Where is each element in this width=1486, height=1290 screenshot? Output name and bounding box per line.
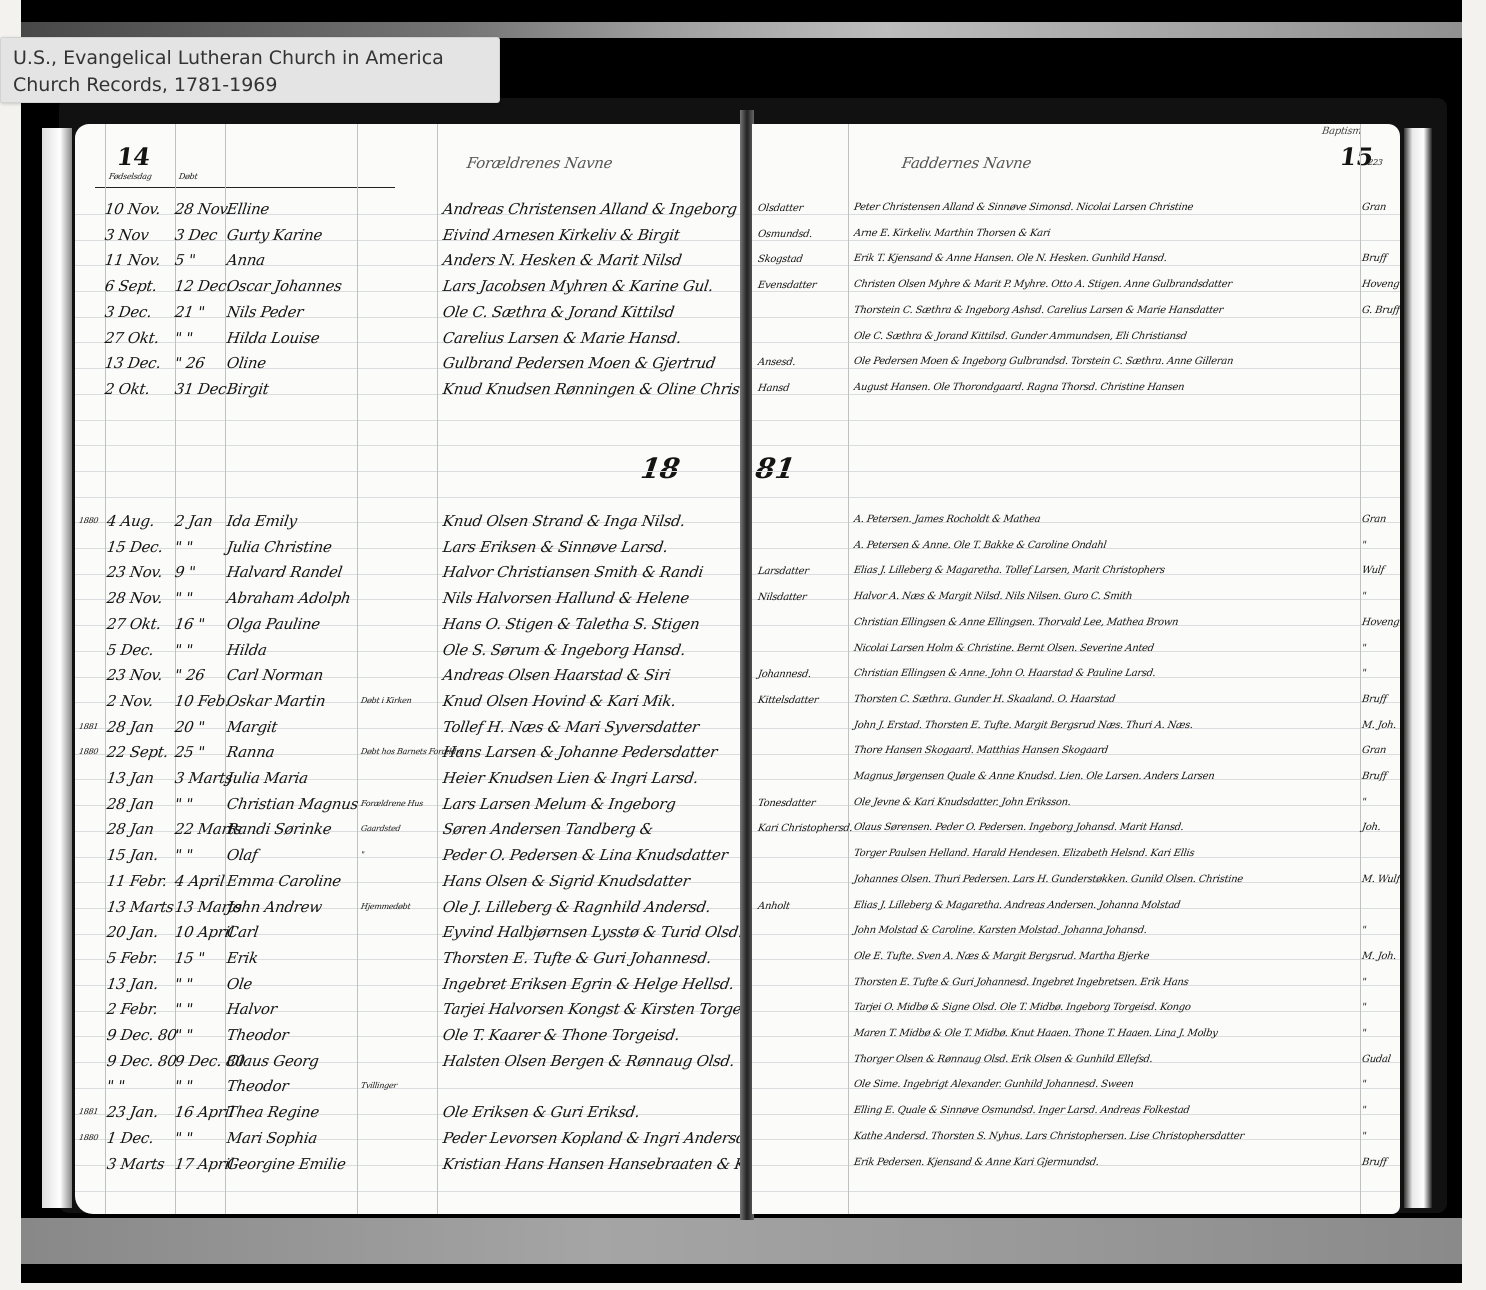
entry-sponsors: Elling E. Quale & Sinnøve Osmundsd. Inge…: [853, 1105, 1190, 1116]
entry-baptism-date: " 26: [174, 666, 206, 684]
entry-year: 1881: [78, 722, 98, 731]
entry-pastor: Gran: [1361, 745, 1387, 756]
entry-year: 1880: [78, 1133, 98, 1142]
entry-pastor: ": [1361, 797, 1367, 808]
entry-child-name: Margit: [226, 718, 279, 736]
entry-child-name: Georgine Emilie: [226, 1155, 347, 1173]
entry-child-name: Gurty Karine: [226, 226, 324, 244]
entry-born-date: 4 Aug.: [106, 512, 156, 530]
entry-residence: Kari Christophersd.: [757, 823, 853, 834]
ruled-line: [752, 394, 1400, 395]
entry-child-name: Christian Magnus: [226, 795, 360, 813]
entry-sponsors: A. Petersen & Anne. Ole T. Bakke & Carol…: [853, 540, 1107, 551]
ruled-line: [752, 420, 1400, 421]
entry-parents: Lars Jacobsen Myhren & Karine Gul.: [442, 277, 715, 295]
entry-residence: Ansesd.: [757, 357, 796, 368]
column-divider: [357, 124, 358, 1214]
entry-born-date: 23 Nov.: [106, 563, 164, 581]
entry-pastor: M. Joh.: [1361, 951, 1397, 962]
entry-note: Tvillinger: [360, 1081, 397, 1090]
entry-child-name: Theodor: [226, 1026, 290, 1044]
entry-parents: Nils Halvorsen Hallund & Helene: [442, 589, 691, 607]
entry-sponsors: Olaus Sørensen. Peder O. Pedersen. Ingeb…: [853, 822, 1184, 833]
ruled-line: [752, 497, 1400, 498]
entry-child-name: Julia Maria: [226, 769, 309, 787]
entry-parents: Gulbrand Pedersen Moen & Gjertrud: [442, 354, 717, 372]
entry-baptism-date: 3 Dec: [174, 226, 219, 244]
col-header-sponsors: Faddernes Navne: [901, 154, 1033, 172]
entry-child-name: Olaus Georg: [226, 1052, 320, 1070]
entry-baptism-date: " ": [174, 538, 194, 556]
collection-title-line-1: U.S., Evangelical Lutheran Church in Ame…: [13, 45, 487, 72]
entry-residence: Olsdatter: [757, 203, 803, 214]
ruled-line: [752, 317, 1400, 318]
entry-baptism-date: 21 ": [174, 303, 206, 321]
ruled-line: [752, 805, 1400, 806]
entry-parents: Søren Andersen Tandberg &: [442, 820, 654, 838]
entry-baptism-date: " ": [174, 641, 194, 659]
entry-parents: Lars Eriksen & Sinnøve Larsd.: [442, 538, 669, 556]
entry-residence: Nilsdatter: [757, 592, 807, 603]
entry-parents: Thorsten E. Tufte & Guri Johannesd.: [442, 949, 713, 967]
column-divider: [848, 124, 849, 1214]
entry-child-name: Ranna: [226, 743, 276, 761]
ruled-line: [752, 471, 1400, 472]
entry-born-date: " ": [106, 1077, 126, 1095]
entry-born-date: 15 Jan.: [106, 846, 160, 864]
scan-edge-top: [21, 22, 1462, 38]
entry-sponsors: Thorstein C. Sæthra & Ingeborg Ashsd. Ca…: [853, 305, 1224, 316]
entry-parents: Carelius Larsen & Marie Hansd.: [442, 329, 683, 347]
entry-pastor: Joh.: [1361, 822, 1381, 833]
entry-pastor: Gran: [1361, 202, 1387, 213]
entry-baptism-date: " ": [174, 1026, 194, 1044]
ruled-line: [752, 291, 1400, 292]
entry-child-name: Carl Norman: [226, 666, 325, 684]
right-page-margin: [1404, 128, 1432, 1208]
entry-residence: Tonesdatter: [757, 798, 816, 809]
entry-sponsors: Peter Christensen Alland & Sinnøve Simon…: [853, 202, 1194, 213]
entry-pastor: M. Wulf: [1361, 874, 1400, 885]
left-page-margin: [42, 128, 72, 1208]
entry-residence: Larsdatter: [757, 566, 809, 577]
entry-born-date: 6 Sept.: [104, 277, 158, 295]
entry-baptism-date: " ": [174, 795, 194, 813]
ruled-line: [752, 1191, 1400, 1192]
entry-child-name: Julia Christine: [226, 538, 333, 556]
entry-sponsors: Torger Paulsen Helland. Harald Hendesen.…: [853, 848, 1195, 859]
register-right-page: Baptism 15 223 Faddernes Navne 81 Olsdat…: [752, 124, 1400, 1214]
entry-pastor: Gudal: [1361, 1054, 1391, 1065]
entry-sponsors: John Molstad & Caroline. Karsten Molstad…: [853, 925, 1147, 936]
entry-baptism-date: " 26: [174, 354, 206, 372]
entry-parents: Eivind Arnesen Kirkeliv & Birgit: [442, 226, 681, 244]
entry-note: Hjemmedøbt: [360, 902, 411, 911]
entry-parents: Anders N. Hesken & Marit Nilsd: [442, 251, 683, 269]
page-note: Baptism: [1321, 126, 1362, 137]
entry-note: Døbt i Kirken: [360, 696, 412, 705]
entry-baptism-date: " ": [174, 1000, 194, 1018]
entry-child-name: Ida Emily: [226, 512, 298, 530]
entry-residence: Anholt: [757, 901, 790, 912]
col-header-baptized: Døbt: [178, 172, 198, 181]
page-note-sub: 223: [1367, 158, 1383, 167]
entry-born-date: 10 Nov.: [104, 200, 162, 218]
entry-sponsors: Ole C. Sæthra & Jorand Kittilsd. Gunder …: [853, 331, 1187, 342]
entry-sponsors: Erik Pedersen. Kjensand & Anne Kari Gjer…: [853, 1157, 1099, 1168]
entry-sponsors: Maren T. Midbø & Ole T. Midbø. Knut Haae…: [853, 1028, 1218, 1039]
entry-parents: Heier Knudsen Lien & Ingri Larsd.: [442, 769, 700, 787]
collection-title-tooltip: U.S., Evangelical Lutheran Church in Ame…: [0, 37, 500, 103]
entry-pastor: ": [1361, 1028, 1367, 1039]
entry-child-name: Hilda: [226, 641, 268, 659]
ruled-line: [752, 445, 1400, 446]
entry-pastor: Bruff: [1361, 253, 1387, 264]
ruled-line: [752, 522, 1400, 523]
entry-baptism-date: 20 ": [174, 718, 206, 736]
col-header-born: Fødselsdag: [108, 172, 152, 181]
entry-parents: Lars Larsen Melum & Ingeborg: [442, 795, 677, 813]
scan-edge-bottom: [21, 1218, 1462, 1264]
entry-sponsors: Christen Olsen Myhre & Marit P. Myhre. O…: [853, 279, 1232, 290]
entry-born-date: 3 Nov: [104, 226, 150, 244]
entry-parents: Andreas Olsen Haarstad & Siri: [442, 666, 672, 684]
entry-parents: Halvor Christiansen Smith & Randi: [442, 563, 705, 581]
entry-pastor: Bruff: [1361, 1157, 1387, 1168]
ruled-line: [752, 342, 1400, 343]
entry-born-date: 11 Febr.: [106, 872, 168, 890]
entry-parents: Kristian Hans Hansen Hansebraaten & Kari: [442, 1155, 743, 1173]
entry-born-date: 23 Nov.: [106, 666, 164, 684]
entry-born-date: 28 Jan: [106, 718, 155, 736]
entry-sponsors: Arne E. Kirkeliv. Marthin Thorsen & Kari: [853, 228, 1051, 239]
entry-parents: Ole Eriksen & Guri Eriksd.: [442, 1103, 641, 1121]
entry-baptism-date: " ": [174, 329, 194, 347]
entry-child-name: Erik: [226, 949, 259, 967]
entry-baptism-date: 16 ": [174, 615, 206, 633]
entry-baptism-date: 4 April: [174, 872, 226, 890]
entry-pastor: Hoveng: [1361, 617, 1400, 628]
entry-baptism-date: 9 ": [174, 563, 197, 581]
entry-year: 1881: [78, 1107, 98, 1116]
entry-parents: Hans Larsen & Johanne Pedersdatter: [442, 743, 719, 761]
entry-born-date: 13 Jan.: [106, 975, 160, 993]
entry-pastor: Bruff: [1361, 694, 1387, 705]
entry-parents: Halsten Olsen Bergen & Rønnaug Olsd.: [442, 1052, 736, 1070]
entry-sponsors: Thorsten E. Tufte & Guri Johannesd. Inge…: [853, 977, 1189, 988]
entry-parents: Eyvind Halbjørnsen Lysstø & Turid Olsd.: [442, 923, 743, 941]
entry-born-date: 13 Jan: [106, 769, 155, 787]
ruled-line: [752, 368, 1400, 369]
entry-child-name: Elline: [226, 200, 271, 218]
entry-sponsors: Magnus Jørgensen Quale & Anne Knudsd. Li…: [853, 771, 1215, 782]
entry-child-name: Olaf: [226, 846, 259, 864]
entry-sponsors: Thore Hansen Skogaard. Matthias Hansen S…: [853, 745, 1108, 756]
entry-sponsors: John J. Erstad. Thorsten E. Tufte. Margi…: [853, 720, 1193, 731]
entry-born-date: 23 Jan.: [106, 1103, 160, 1121]
entry-pastor: G. Bruff: [1361, 305, 1400, 316]
entry-residence: Kittelsdatter: [757, 695, 819, 706]
column-divider: [437, 124, 438, 1214]
entry-baptism-date: 25 ": [174, 743, 206, 761]
entry-child-name: Oskar Martin: [226, 692, 327, 710]
entry-note: Forældrene Hus: [360, 799, 423, 808]
header-underline: [95, 187, 395, 188]
entry-parents: Hans O. Stigen & Taletha S. Stigen: [442, 615, 701, 633]
entry-parents: Tollef H. Næs & Mari Syversdatter: [442, 718, 700, 736]
entry-pastor: ": [1361, 591, 1367, 602]
collection-title-line-2: Church Records, 1781-1969: [13, 72, 487, 99]
entry-born-date: 9 Dec. 80: [106, 1026, 178, 1044]
entry-child-name: Oline: [226, 354, 267, 372]
entry-pastor: ": [1361, 1131, 1367, 1142]
entry-parents: Knud Olsen Strand & Inga Nilsd.: [442, 512, 686, 530]
entry-baptism-date: " ": [174, 589, 194, 607]
entry-sponsors: Nicolai Larsen Holm & Christine. Bernt O…: [853, 643, 1154, 654]
entry-born-date: 15 Dec.: [106, 538, 164, 556]
entry-baptism-date: 12 Dec.: [174, 277, 232, 295]
entry-born-date: 28 Nov.: [106, 589, 164, 607]
entry-baptism-date: 15 ": [174, 949, 206, 967]
entry-year: 1880: [78, 747, 98, 756]
entry-sponsors: Elias J. Lilleberg & Magaretha. Tollef L…: [853, 565, 1165, 576]
entry-parents: Andreas Christensen Alland & Ingeborg: [442, 200, 738, 218]
entry-sponsors: Halvor A. Næs & Margit Nilsd. Nils Nilse…: [853, 591, 1133, 602]
entry-sponsors: Christian Ellingsen & Anne Ellingsen. Th…: [853, 617, 1179, 628]
entry-born-date: 13 Dec.: [104, 354, 162, 372]
entry-born-date: 20 Jan.: [106, 923, 160, 941]
entry-parents: Ingebret Eriksen Egrin & Helge Hellsd.: [442, 975, 735, 993]
entry-pastor: Wulf: [1361, 565, 1385, 576]
entry-child-name: Nils Peder: [226, 303, 305, 321]
entry-baptism-date: 5 ": [174, 251, 197, 269]
entry-parents: Knud Knudsen Rønningen & Oline Chris.: [442, 380, 743, 398]
entry-baptism-date: " ": [174, 1129, 194, 1147]
entry-sponsors: A. Petersen. James Rocholdt & Mathea: [853, 514, 1041, 525]
entry-residence: Osmundsd.: [757, 229, 813, 240]
entry-residence: Skogstad: [757, 254, 803, 265]
entry-born-date: 9 Dec. 80: [106, 1052, 178, 1070]
entry-born-date: 2 Okt.: [104, 380, 151, 398]
entry-pastor: Hoveng: [1361, 279, 1400, 290]
entry-baptism-date: 3 Marts: [174, 769, 234, 787]
entry-baptism-date: " ": [174, 846, 194, 864]
year-divider-right: 81: [754, 452, 797, 485]
left-page-number: 14: [115, 142, 152, 171]
entry-pastor: Bruff: [1361, 771, 1387, 782]
entry-sponsors: Thorsten C. Sæthra. Gunder H. Skaaland. …: [853, 694, 1116, 705]
entry-born-date: 27 Okt.: [104, 329, 160, 347]
entry-pastor: M. Joh.: [1361, 720, 1397, 731]
entry-child-name: Theodor: [226, 1077, 290, 1095]
entry-child-name: Oscar Johannes: [226, 277, 343, 295]
entry-parents: Tarjei Halvorsen Kongst & Kirsten Torgei…: [442, 1000, 743, 1018]
entry-sponsors: Ole Pedersen Moen & Ingeborg Gulbrandsd.…: [853, 356, 1234, 367]
entry-sponsors: Ole Sime. Ingebrigt Alexander. Gunhild J…: [853, 1079, 1134, 1090]
ruled-line: [752, 240, 1400, 241]
ruled-line: [752, 214, 1400, 215]
year-divider-left: 18: [639, 452, 682, 485]
entry-born-date: 1 Dec.: [106, 1129, 155, 1147]
entry-born-date: 2 Nov.: [106, 692, 155, 710]
entry-child-name: Abraham Adolph: [226, 589, 352, 607]
entry-child-name: Halvard Randel: [226, 563, 344, 581]
entry-baptism-date: 2 Jan: [174, 512, 214, 530]
entry-child-name: Randi Sørinke: [226, 820, 333, 838]
entry-born-date: 13 Marts: [106, 898, 175, 916]
ruled-line: [752, 265, 1400, 266]
entry-baptism-date: " ": [174, 1077, 194, 1095]
entry-parents: Peder Levorsen Kopland & Ingri Andersd.: [442, 1129, 743, 1147]
entry-parents: Ole J. Lilleberg & Ragnhild Andersd.: [442, 898, 712, 916]
entry-baptism-date: 31 Dec.: [174, 380, 232, 398]
entry-child-name: Thea Regine: [226, 1103, 321, 1121]
col-header-parents: Forældrenes Navne: [466, 154, 614, 172]
entry-note: Gaardsted: [360, 824, 401, 833]
entry-residence: Johannesd.: [757, 669, 811, 680]
entry-born-date: 5 Dec.: [106, 641, 155, 659]
entry-child-name: Carl: [226, 923, 260, 941]
entry-year: 1880: [78, 516, 98, 525]
entry-pastor: Gran: [1361, 514, 1387, 525]
entry-residence: Evensdatter: [757, 280, 817, 291]
entry-parents: Ole S. Sørum & Ingeborg Hansd.: [442, 641, 687, 659]
register-left-page: 14 Fødselsdag Døbt Forældrenes Navne 18 …: [75, 124, 743, 1214]
entry-born-date: 11 Nov.: [104, 251, 162, 269]
entry-child-name: Anna: [226, 251, 266, 269]
entry-sponsors: Ole Jevne & Kari Knudsdatter. John Eriks…: [853, 797, 1071, 808]
entry-child-name: Birgit: [226, 380, 270, 398]
entry-sponsors: Tarjei O. Midbø & Signe Olsd. Ole T. Mid…: [853, 1002, 1191, 1013]
entry-residence: Hansd: [757, 383, 790, 394]
entry-born-date: 27 Okt.: [106, 615, 162, 633]
entry-born-date: 28 Jan: [106, 795, 155, 813]
entry-child-name: Ole: [226, 975, 254, 993]
entry-parents: Ole T. Kaarer & Thone Torgeisd.: [442, 1026, 681, 1044]
entry-sponsors: Thorger Olsen & Rønnaug Olsd. Erik Olsen…: [853, 1054, 1153, 1065]
entry-baptism-date: " ": [174, 975, 194, 993]
entry-parents: Peder O. Pedersen & Lina Knudsdatter: [442, 846, 729, 864]
entry-parents: Hans Olsen & Sigrid Knudsdatter: [442, 872, 691, 890]
entry-baptism-date: 10 Feb.: [174, 692, 231, 710]
entry-parents: Knud Olsen Hovind & Kari Mik.: [442, 692, 677, 710]
entry-baptism-date: 28 Nov.: [174, 200, 232, 218]
entry-child-name: Emma Caroline: [226, 872, 342, 890]
entry-child-name: John Andrew: [226, 898, 323, 916]
entry-born-date: 5 Febr.: [106, 949, 159, 967]
entry-child-name: Halvor: [226, 1000, 278, 1018]
entry-pastor: ": [1361, 540, 1367, 551]
entry-sponsors: Johannes Olsen. Thuri Pedersen. Lars H. …: [853, 874, 1243, 885]
entry-sponsors: August Hansen. Ole Thorondgaard. Ragna T…: [853, 382, 1185, 393]
entry-child-name: Mari Sophia: [226, 1129, 319, 1147]
entry-sponsors: Ole E. Tufte. Sven A. Næs & Margit Bergs…: [853, 951, 1150, 962]
entry-born-date: 2 Febr.: [106, 1000, 159, 1018]
entry-sponsors: Elias J. Lilleberg & Magaretha. Andreas …: [853, 900, 1181, 911]
entry-born-date: 3 Marts: [106, 1155, 166, 1173]
entry-parents: Ole C. Sæthra & Jorand Kittilsd: [442, 303, 676, 321]
entry-sponsors: Erik T. Kjensand & Anne Hansen. Ole N. H…: [853, 253, 1167, 264]
entry-child-name: Olga Pauline: [226, 615, 321, 633]
entry-sponsors: Christian Ellingsen & Anne. John O. Haar…: [853, 668, 1156, 679]
entry-sponsors: Kathe Andersd. Thorsten S. Nyhus. Lars C…: [853, 1131, 1244, 1142]
entry-born-date: 3 Dec.: [104, 303, 153, 321]
entry-born-date: 28 Jan: [106, 820, 155, 838]
entry-born-date: 22 Sept.: [106, 743, 170, 761]
entry-child-name: Hilda Louise: [226, 329, 321, 347]
